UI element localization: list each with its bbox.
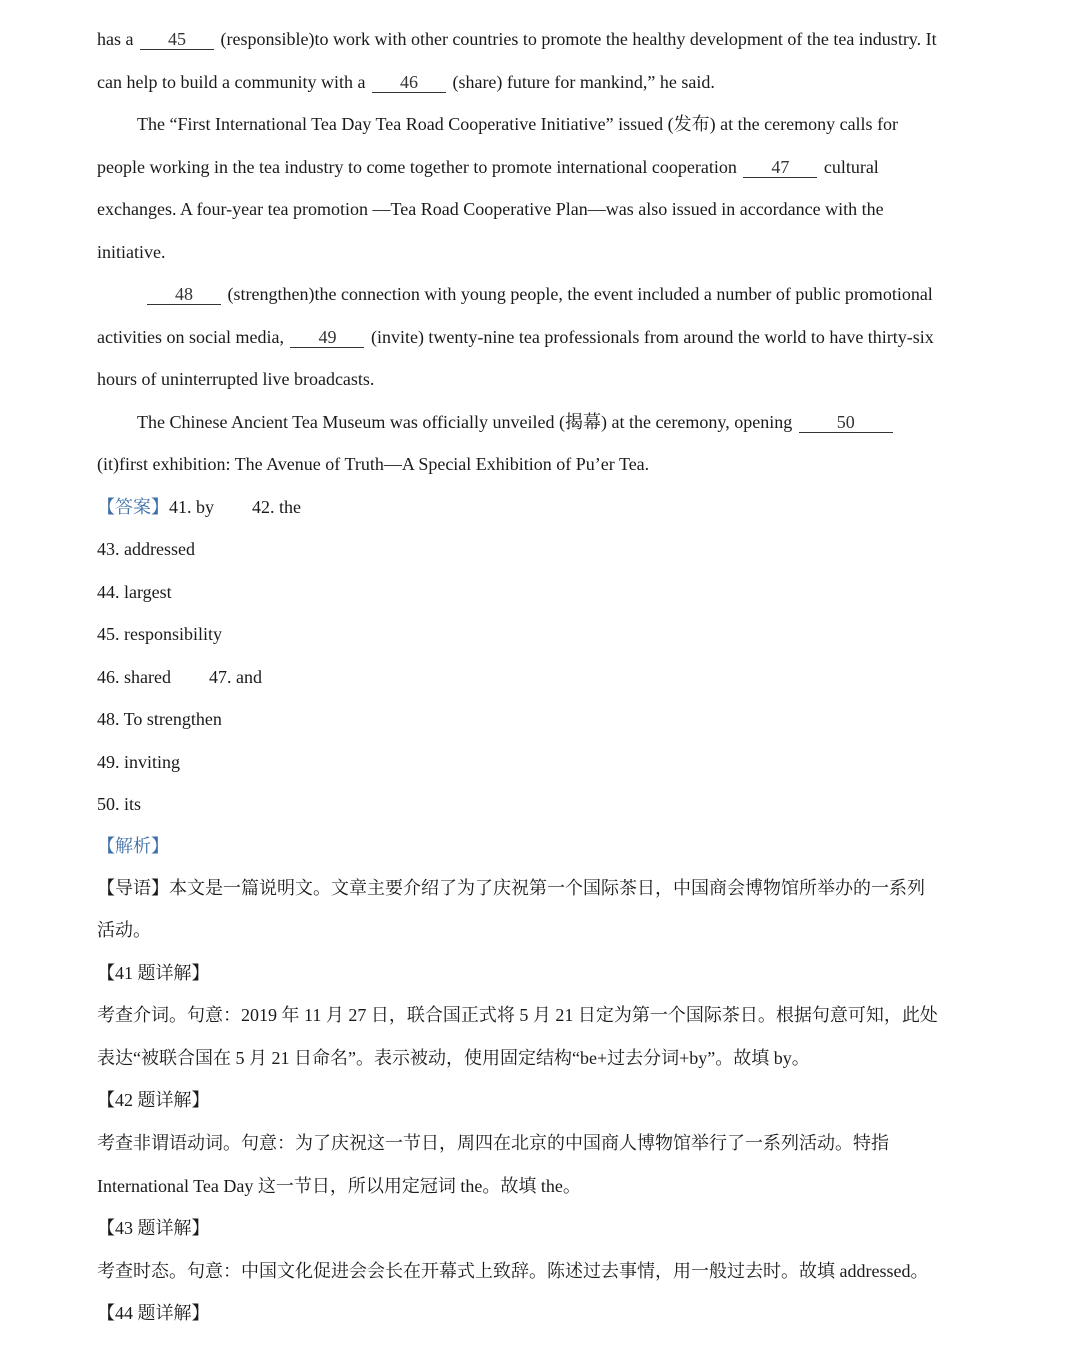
answer-item: 46. shared (97, 667, 171, 687)
q43-explanation: 考查时态。句意：中国文化促进会会长在开幕式上致辞。陈述过去事情，用一般过去时。故… (97, 1259, 928, 1283)
passage-line: hours of uninterrupted live broadcasts. (97, 367, 374, 391)
blank-49: 49 (290, 327, 364, 348)
q44-title: 【44 题详解】 (97, 1301, 210, 1325)
passage-line: The Chinese Ancient Tea Museum was offic… (137, 410, 895, 434)
answer-row: 46. shared47. and (97, 665, 262, 689)
answer-item: 43. addressed (97, 537, 195, 561)
q42-title: 【42 题详解】 (97, 1088, 210, 1112)
q43-title: 【43 题详解】 (97, 1216, 210, 1240)
answer-item: 47. and (209, 667, 262, 687)
passage-line: The “First International Tea Day Tea Roa… (137, 112, 898, 136)
passage-line: can help to build a community with a 46 … (97, 70, 715, 94)
q41-title: 【41 题详解】 (97, 961, 210, 985)
blank-46: 46 (372, 72, 446, 93)
answer-label: 【答案】 (97, 497, 169, 517)
blank-45: 45 (140, 29, 214, 50)
passage-line: activities on social media, 49 (invite) … (97, 325, 934, 349)
answer-item: 48. To strengthen (97, 707, 222, 731)
blank-47: 47 (743, 157, 817, 178)
passage-line: 48 (strengthen)the connection with young… (145, 282, 933, 306)
passage-line: people working in the tea industry to co… (97, 155, 879, 179)
answer-item: 50. its (97, 792, 141, 816)
passage-line: has a 45 (responsible)to work with other… (97, 27, 937, 51)
answer-row: 【答案】41. by42. the (97, 495, 301, 519)
answer-item: 41. by (169, 497, 214, 517)
answer-item: 49. inviting (97, 750, 180, 774)
passage-line: exchanges. A four-year tea promotion —Te… (97, 197, 884, 221)
analysis-intro: 活动。 (97, 918, 151, 942)
passage-line: initiative. (97, 240, 165, 264)
answer-item: 42. the (252, 497, 301, 517)
passage-line: (it)first exhibition: The Avenue of Trut… (97, 452, 649, 476)
q42-explanation: International Tea Day 这一节日，所以用定冠词 the。故填… (97, 1174, 581, 1198)
analysis-intro: 【导语】本文是一篇说明文。文章主要介绍了为了庆祝第一个国际茶日，中国商会博物馆所… (97, 876, 925, 900)
blank-50: 50 (799, 412, 893, 433)
q41-explanation: 考查介词。句意：2019 年 11 月 27 日，联合国正式将 5 月 21 日… (97, 1003, 938, 1027)
q42-explanation: 考查非谓语动词。句意：为了庆祝这一节日，周四在北京的中国商人博物馆举行了一系列活… (97, 1131, 889, 1155)
analysis-label: 【解析】 (97, 834, 169, 858)
answer-item: 45. responsibility (97, 622, 222, 646)
answer-item: 44. largest (97, 580, 172, 604)
blank-48: 48 (147, 284, 221, 305)
q41-explanation: 表达“被联合国在 5 月 21 日命名”。表示被动，使用固定结构“be+过去分词… (97, 1046, 810, 1070)
